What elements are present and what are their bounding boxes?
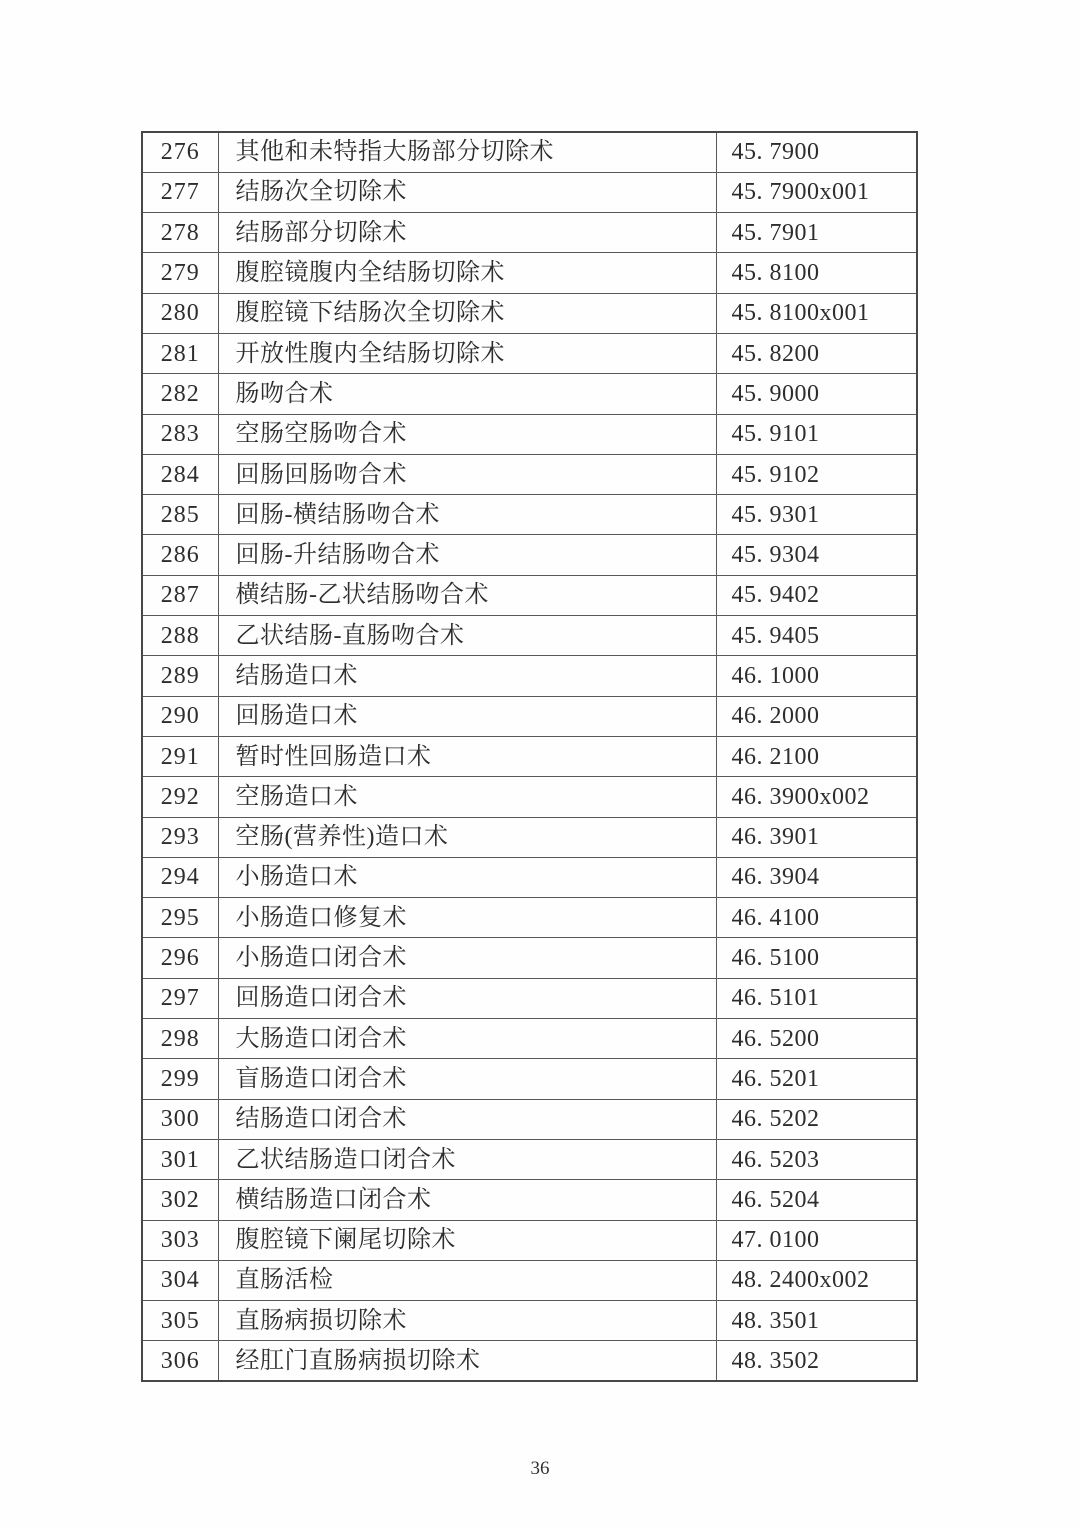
row-number-cell: 289 bbox=[142, 656, 218, 696]
row-number-cell: 295 bbox=[142, 898, 218, 938]
row-number-cell: 296 bbox=[142, 938, 218, 978]
table-row: 283空肠空肠吻合术45. 9101 bbox=[142, 414, 917, 454]
table-row: 306经肛门直肠病损切除术48. 3502 bbox=[142, 1341, 917, 1381]
table-row: 282肠吻合术45. 9000 bbox=[142, 374, 917, 414]
procedure-code-cell: 45. 8100 bbox=[716, 253, 917, 293]
procedure-code-cell: 45. 7900 bbox=[716, 132, 917, 172]
row-number-cell: 302 bbox=[142, 1180, 218, 1220]
procedure-name-cell: 空肠(营养性)造口术 bbox=[218, 817, 716, 857]
row-number-cell: 299 bbox=[142, 1059, 218, 1099]
procedure-name-cell: 乙状结肠-直肠吻合术 bbox=[218, 616, 716, 656]
row-number-cell: 284 bbox=[142, 454, 218, 494]
procedure-name-cell: 肠吻合术 bbox=[218, 374, 716, 414]
procedure-name-cell: 结肠造口术 bbox=[218, 656, 716, 696]
procedure-code-cell: 46. 4100 bbox=[716, 898, 917, 938]
procedure-code-cell: 46. 5201 bbox=[716, 1059, 917, 1099]
row-number-cell: 306 bbox=[142, 1341, 218, 1381]
procedure-code-cell: 46. 5200 bbox=[716, 1019, 917, 1059]
procedure-code-cell: 46. 3904 bbox=[716, 857, 917, 897]
row-number-cell: 293 bbox=[142, 817, 218, 857]
table-row: 280腹腔镜下结肠次全切除术45. 8100x001 bbox=[142, 293, 917, 333]
procedure-code-cell: 45. 8200 bbox=[716, 333, 917, 373]
row-number-cell: 279 bbox=[142, 253, 218, 293]
row-number-cell: 301 bbox=[142, 1139, 218, 1179]
row-number-cell: 288 bbox=[142, 616, 218, 656]
table-row: 302横结肠造口闭合术46. 5204 bbox=[142, 1180, 917, 1220]
procedure-code-cell: 46. 5204 bbox=[716, 1180, 917, 1220]
row-number-cell: 287 bbox=[142, 575, 218, 615]
table-row: 286回肠-升结肠吻合术45. 9304 bbox=[142, 535, 917, 575]
procedure-code-cell: 46. 2000 bbox=[716, 696, 917, 736]
procedure-table-body: 276其他和未特指大肠部分切除术45. 7900277结肠次全切除术45. 79… bbox=[142, 132, 917, 1381]
table-row: 296小肠造口闭合术46. 5100 bbox=[142, 938, 917, 978]
procedure-name-cell: 腹腔镜下结肠次全切除术 bbox=[218, 293, 716, 333]
procedure-name-cell: 小肠造口闭合术 bbox=[218, 938, 716, 978]
procedure-name-cell: 回肠-横结肠吻合术 bbox=[218, 495, 716, 535]
row-number-cell: 278 bbox=[142, 213, 218, 253]
procedure-code-cell: 45. 9304 bbox=[716, 535, 917, 575]
table-row: 284回肠回肠吻合术45. 9102 bbox=[142, 454, 917, 494]
procedure-code-cell: 46. 5100 bbox=[716, 938, 917, 978]
table-row: 300结肠造口闭合术46. 5202 bbox=[142, 1099, 917, 1139]
procedure-name-cell: 回肠回肠吻合术 bbox=[218, 454, 716, 494]
table-row: 291暂时性回肠造口术46. 2100 bbox=[142, 736, 917, 776]
row-number-cell: 298 bbox=[142, 1019, 218, 1059]
table-row: 292空肠造口术46. 3900x002 bbox=[142, 777, 917, 817]
row-number-cell: 292 bbox=[142, 777, 218, 817]
procedure-name-cell: 小肠造口术 bbox=[218, 857, 716, 897]
procedure-name-cell: 横结肠造口闭合术 bbox=[218, 1180, 716, 1220]
table-row: 301乙状结肠造口闭合术46. 5203 bbox=[142, 1139, 917, 1179]
table-row: 288乙状结肠-直肠吻合术45. 9405 bbox=[142, 616, 917, 656]
row-number-cell: 283 bbox=[142, 414, 218, 454]
table-row: 285回肠-横结肠吻合术45. 9301 bbox=[142, 495, 917, 535]
table-row: 303腹腔镜下阑尾切除术47. 0100 bbox=[142, 1220, 917, 1260]
row-number-cell: 303 bbox=[142, 1220, 218, 1260]
row-number-cell: 300 bbox=[142, 1099, 218, 1139]
table-row: 287横结肠-乙状结肠吻合术45. 9402 bbox=[142, 575, 917, 615]
table-row: 276其他和未特指大肠部分切除术45. 7900 bbox=[142, 132, 917, 172]
procedure-name-cell: 小肠造口修复术 bbox=[218, 898, 716, 938]
procedure-code-cell: 46. 5203 bbox=[716, 1139, 917, 1179]
procedure-name-cell: 直肠病损切除术 bbox=[218, 1301, 716, 1341]
table-row: 278结肠部分切除术45. 7901 bbox=[142, 213, 917, 253]
table-row: 281开放性腹内全结肠切除术45. 8200 bbox=[142, 333, 917, 373]
procedure-name-cell: 空肠造口术 bbox=[218, 777, 716, 817]
table-row: 290回肠造口术46. 2000 bbox=[142, 696, 917, 736]
procedure-table: 276其他和未特指大肠部分切除术45. 7900277结肠次全切除术45. 79… bbox=[141, 131, 918, 1382]
row-number-cell: 304 bbox=[142, 1260, 218, 1300]
table-row: 289结肠造口术46. 1000 bbox=[142, 656, 917, 696]
procedure-name-cell: 大肠造口闭合术 bbox=[218, 1019, 716, 1059]
procedure-name-cell: 其他和未特指大肠部分切除术 bbox=[218, 132, 716, 172]
table-row: 299盲肠造口闭合术46. 5201 bbox=[142, 1059, 917, 1099]
page-number: 36 bbox=[0, 1458, 1080, 1480]
procedure-code-cell: 45. 9000 bbox=[716, 374, 917, 414]
table-row: 297回肠造口闭合术46. 5101 bbox=[142, 978, 917, 1018]
row-number-cell: 282 bbox=[142, 374, 218, 414]
procedure-code-cell: 45. 9102 bbox=[716, 454, 917, 494]
procedure-name-cell: 盲肠造口闭合术 bbox=[218, 1059, 716, 1099]
procedure-code-cell: 45. 7901 bbox=[716, 213, 917, 253]
procedure-code-cell: 45. 8100x001 bbox=[716, 293, 917, 333]
procedure-name-cell: 直肠活检 bbox=[218, 1260, 716, 1300]
row-number-cell: 294 bbox=[142, 857, 218, 897]
procedure-name-cell: 横结肠-乙状结肠吻合术 bbox=[218, 575, 716, 615]
row-number-cell: 305 bbox=[142, 1301, 218, 1341]
procedure-code-cell: 48. 3502 bbox=[716, 1341, 917, 1381]
procedure-code-cell: 48. 3501 bbox=[716, 1301, 917, 1341]
procedure-code-cell: 46. 2100 bbox=[716, 736, 917, 776]
row-number-cell: 281 bbox=[142, 333, 218, 373]
procedure-name-cell: 空肠空肠吻合术 bbox=[218, 414, 716, 454]
procedure-code-cell: 46. 5202 bbox=[716, 1099, 917, 1139]
row-number-cell: 276 bbox=[142, 132, 218, 172]
table-row: 293空肠(营养性)造口术46. 3901 bbox=[142, 817, 917, 857]
procedure-name-cell: 腹腔镜下阑尾切除术 bbox=[218, 1220, 716, 1260]
procedure-code-cell: 45. 7900x001 bbox=[716, 172, 917, 212]
procedure-name-cell: 经肛门直肠病损切除术 bbox=[218, 1341, 716, 1381]
table-row: 295小肠造口修复术46. 4100 bbox=[142, 898, 917, 938]
document-page: 276其他和未特指大肠部分切除术45. 7900277结肠次全切除术45. 79… bbox=[0, 0, 1080, 1527]
row-number-cell: 290 bbox=[142, 696, 218, 736]
procedure-code-cell: 45. 9301 bbox=[716, 495, 917, 535]
row-number-cell: 291 bbox=[142, 736, 218, 776]
procedure-code-cell: 46. 3900x002 bbox=[716, 777, 917, 817]
procedure-code-cell: 46. 1000 bbox=[716, 656, 917, 696]
procedure-name-cell: 腹腔镜腹内全结肠切除术 bbox=[218, 253, 716, 293]
procedure-code-cell: 46. 3901 bbox=[716, 817, 917, 857]
procedure-name-cell: 回肠造口闭合术 bbox=[218, 978, 716, 1018]
table-row: 305直肠病损切除术48. 3501 bbox=[142, 1301, 917, 1341]
table-row: 298大肠造口闭合术46. 5200 bbox=[142, 1019, 917, 1059]
table-row: 277结肠次全切除术45. 7900x001 bbox=[142, 172, 917, 212]
procedure-name-cell: 乙状结肠造口闭合术 bbox=[218, 1139, 716, 1179]
procedure-code-cell: 45. 9405 bbox=[716, 616, 917, 656]
procedure-name-cell: 结肠部分切除术 bbox=[218, 213, 716, 253]
procedure-code-cell: 48. 2400x002 bbox=[716, 1260, 917, 1300]
procedure-code-cell: 45. 9101 bbox=[716, 414, 917, 454]
row-number-cell: 277 bbox=[142, 172, 218, 212]
table-row: 304直肠活检48. 2400x002 bbox=[142, 1260, 917, 1300]
procedure-name-cell: 结肠造口闭合术 bbox=[218, 1099, 716, 1139]
procedure-name-cell: 回肠造口术 bbox=[218, 696, 716, 736]
row-number-cell: 285 bbox=[142, 495, 218, 535]
row-number-cell: 280 bbox=[142, 293, 218, 333]
table-row: 294小肠造口术46. 3904 bbox=[142, 857, 917, 897]
row-number-cell: 286 bbox=[142, 535, 218, 575]
row-number-cell: 297 bbox=[142, 978, 218, 1018]
table-row: 279腹腔镜腹内全结肠切除术45. 8100 bbox=[142, 253, 917, 293]
procedure-code-cell: 47. 0100 bbox=[716, 1220, 917, 1260]
procedure-code-cell: 46. 5101 bbox=[716, 978, 917, 1018]
procedure-code-cell: 45. 9402 bbox=[716, 575, 917, 615]
procedure-name-cell: 结肠次全切除术 bbox=[218, 172, 716, 212]
procedure-name-cell: 开放性腹内全结肠切除术 bbox=[218, 333, 716, 373]
procedure-name-cell: 暂时性回肠造口术 bbox=[218, 736, 716, 776]
procedure-name-cell: 回肠-升结肠吻合术 bbox=[218, 535, 716, 575]
